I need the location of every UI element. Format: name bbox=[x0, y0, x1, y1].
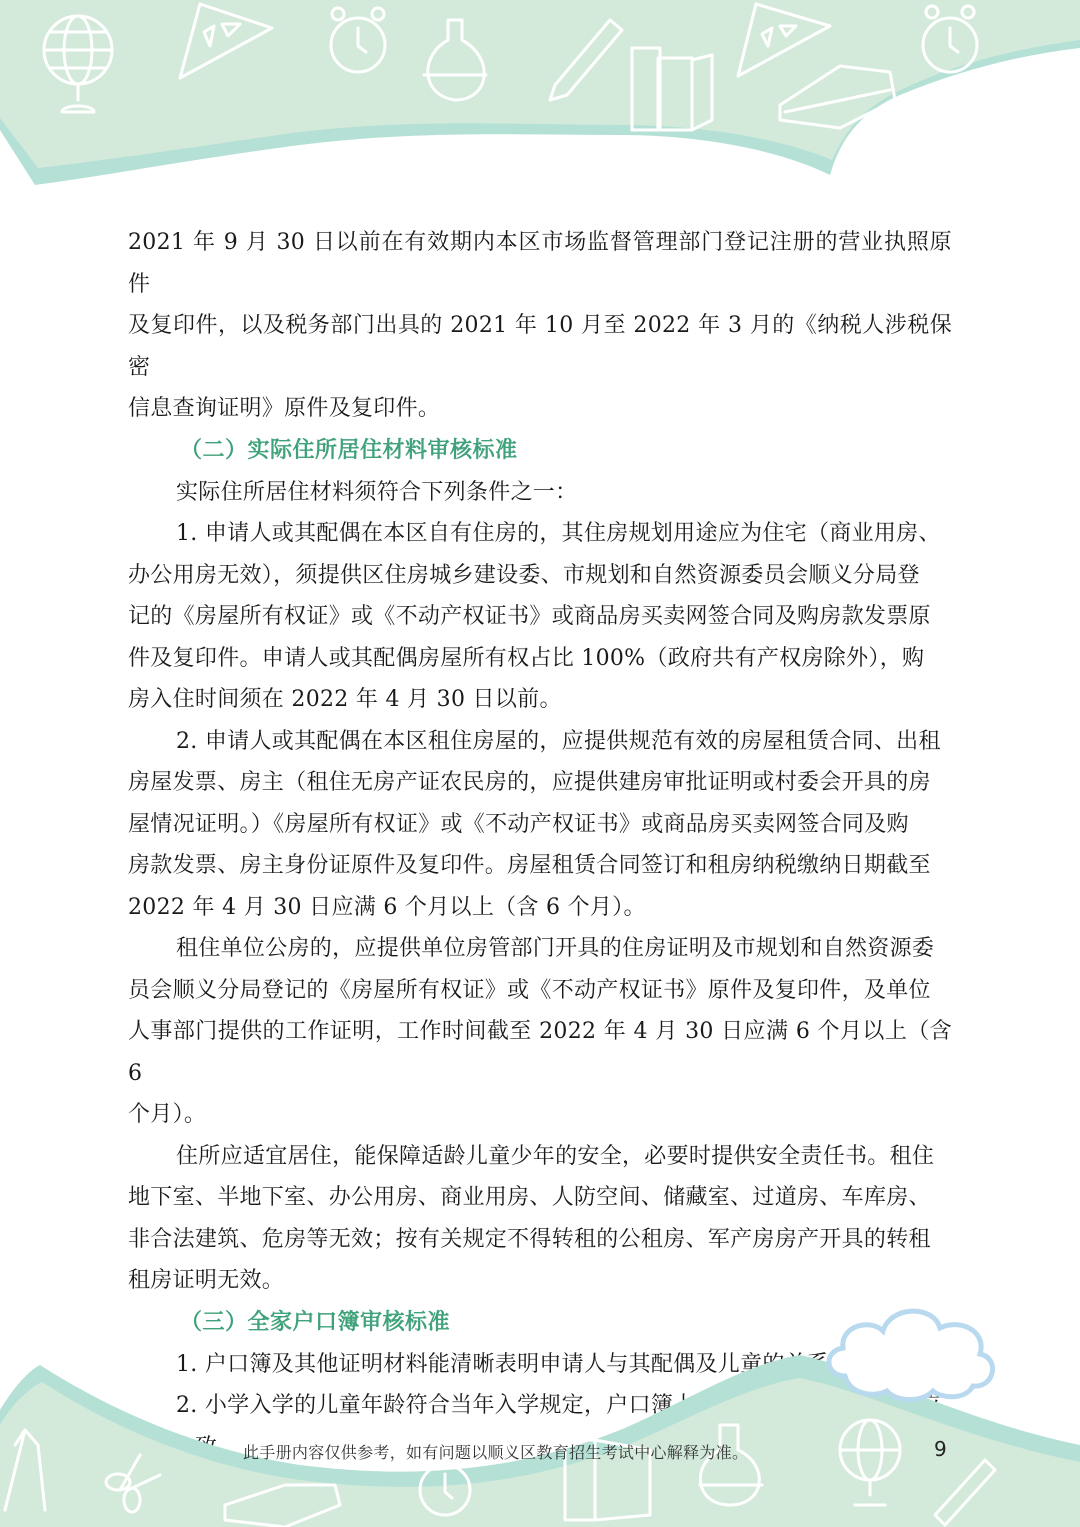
paragraph-line: 非合法建筑、危房等无效；按有关规定不得转租的公租房、军产房房产开具的转租 bbox=[128, 1219, 952, 1261]
paragraph-line: 房入住时间须在 2022 年 4 月 30 日以前。 bbox=[128, 679, 952, 721]
paragraph-line: 房款发票、房主身份证原件及复印件。房屋租赁合同签订和租房纳税缴纳日期截至 bbox=[128, 845, 952, 887]
paragraph-line: 实际住所居住材料须符合下列条件之一： bbox=[128, 472, 952, 514]
paragraph-line: 信息查询证明》原件及复印件。 bbox=[128, 388, 952, 430]
paragraph-line: 件及复印件。申请人或其配偶房屋所有权占比 100%（政府共有产权房除外），购 bbox=[128, 638, 952, 680]
paragraph-line: 1. 申请人或其配偶在本区自有住房的，其住房规划用途应为住宅（商业用房、 bbox=[128, 513, 952, 555]
page-number: 9 bbox=[934, 1437, 947, 1461]
header-decoration-band bbox=[0, 0, 1080, 200]
paragraph-line: 办公用房无效），须提供区住房城乡建设委、市规划和自然资源委员会顺义分局登 bbox=[128, 555, 952, 597]
paragraph-line: 人事部门提供的工作证明，工作时间截至 2022 年 4 月 30 日应满 6 个… bbox=[128, 1011, 952, 1094]
paragraph-line: 员会顺义分局登记的《房屋所有权证》或《不动产权证书》原件及复印件，及单位 bbox=[128, 970, 952, 1012]
cloud-icon bbox=[815, 1296, 1005, 1406]
document-body: 2021 年 9 月 30 日以前在有效期内本区市场监督管理部门登记注册的营业执… bbox=[128, 222, 952, 1468]
paragraph-line: 房屋发票、房主（租住无房产证农民房的，应提供建房审批证明或村委会开具的房 bbox=[128, 762, 952, 804]
paragraph-line: 屋情况证明。）《房屋所有权证》或《不动产权证书》或商品房买卖网签合同及购 bbox=[128, 804, 952, 846]
paragraph-line: 记的《房屋所有权证》或《不动产权证书》或商品房买卖网签合同及购房款发票原 bbox=[128, 596, 952, 638]
paragraph-line: 个月）。 bbox=[128, 1094, 952, 1136]
paragraph-line: 2022 年 4 月 30 日应满 6 个月以上（含 6 个月）。 bbox=[128, 887, 952, 929]
paragraph-line: 地下室、半地下室、办公用房、商业用房、人防空间、储藏室、过道房、车库房、 bbox=[128, 1177, 952, 1219]
paragraph-line: 租住单位公房的，应提供单位房管部门开具的住房证明及市规划和自然资源委 bbox=[128, 928, 952, 970]
paragraph-line: 及复印件，以及税务部门出具的 2021 年 10 月至 2022 年 3 月的《… bbox=[128, 305, 952, 388]
paragraph-line: 住所应适宜居住，能保障适龄儿童少年的安全，必要时提供安全责任书。租住 bbox=[128, 1136, 952, 1178]
paragraph-line: 2. 申请人或其配偶在本区租住房屋的，应提供规范有效的房屋租赁合同、出租 bbox=[128, 721, 952, 763]
paragraph-line: 2021 年 9 月 30 日以前在有效期内本区市场监督管理部门登记注册的营业执… bbox=[128, 222, 952, 305]
section-heading-residence: （二）实际住所居住材料审核标准 bbox=[128, 430, 952, 472]
footer-disclaimer: 此手册内容仅供参考，如有问题以顺义区教育招生考试中心解释为准。 bbox=[243, 1440, 748, 1463]
